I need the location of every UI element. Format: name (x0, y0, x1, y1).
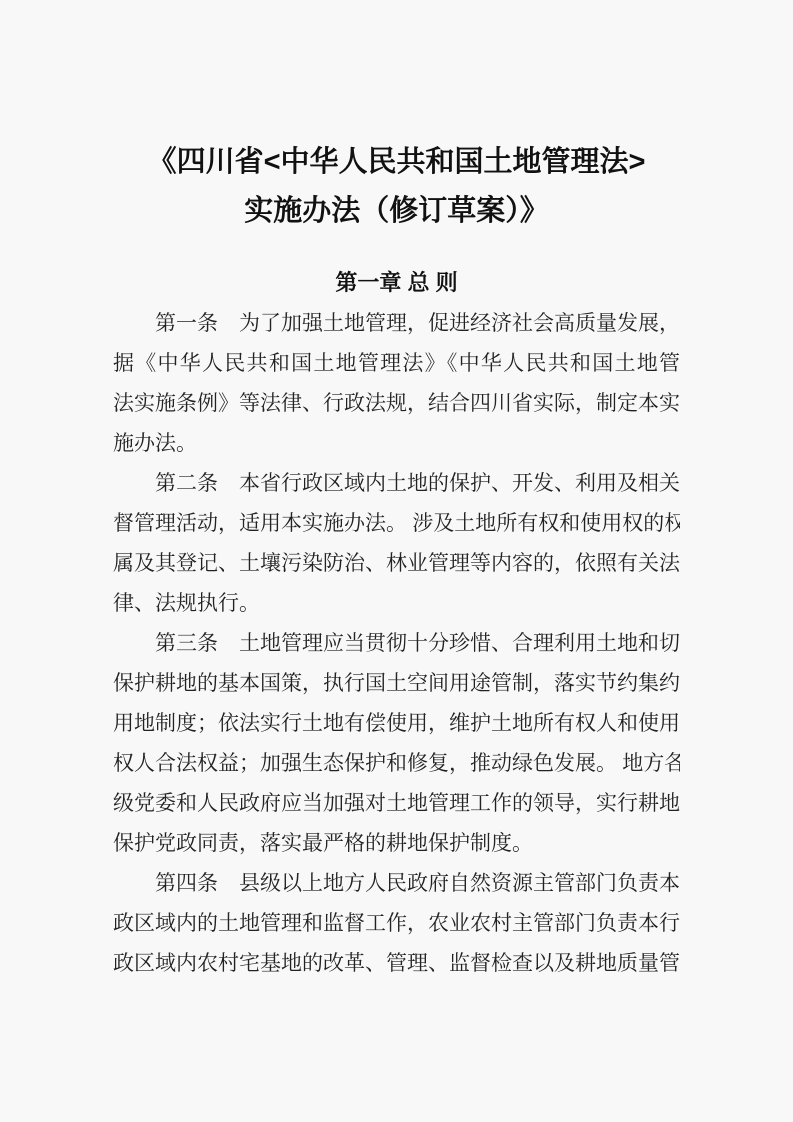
document-page: 《四川省<中华人民共和国土地管理法> 实施办法（修订草案）》 第一章 总 则 第… (0, 0, 793, 1122)
document-body: 第一条 为了加强土地管理，促进经济社会高质量发展，根据《中华人民共和国土地管理法… (113, 303, 680, 983)
body-line: 据《中华人民共和国土地管理法》《中华人民共和国土地管 (113, 343, 680, 383)
body-line: 第三条 土地管理应当贯彻十分珍惜、合理利用土地和切实 (113, 623, 680, 663)
body-line: 权人合法权益；加强生态保护和修复，推动绿色发展。 地方各 (113, 743, 680, 783)
body-line: 属及其登记、土壤污染防治、林业管理等内容的，依照有关法 (113, 543, 680, 583)
body-line: 第一条 为了加强土地管理，促进经济社会高质量发展，根 (113, 303, 680, 343)
document-title: 《四川省<中华人民共和国土地管理法> 实施办法（修订草案）》 (113, 0, 680, 236)
body-line: 律、法规执行。 (113, 583, 680, 623)
body-line: 政区域内农村宅基地的改革、管理、监督检查以及耕地质量管 (113, 943, 680, 983)
body-line: 施办法。 (113, 423, 680, 463)
body-line: 督管理活动，适用本实施办法。 涉及土地所有权和使用权的权 (113, 503, 680, 543)
body-line: 第二条 本省行政区域内土地的保护、开发、利用及相关监 (113, 463, 680, 503)
chapter-heading: 第一章 总 则 (113, 236, 680, 303)
document-title-line-1: 《四川省<中华人民共和国土地管理法> (113, 138, 680, 187)
body-line: 保护党政同责，落实最严格的耕地保护制度。 (113, 823, 680, 863)
body-line: 用地制度；依法实行土地有偿使用，维护土地所有权人和使用 (113, 703, 680, 743)
body-line: 法实施条例》等法律、行政法规，结合四川省实际，制定本实 (113, 383, 680, 423)
body-line: 保护耕地的基本国策，执行国土空间用途管制，落实节约集约 (113, 663, 680, 703)
body-line: 政区域内的土地管理和监督工作，农业农村主管部门负责本行 (113, 903, 680, 943)
body-line: 级党委和人民政府应当加强对土地管理工作的领导，实行耕地 (113, 783, 680, 823)
document-title-line-2: 实施办法（修订草案）》 (113, 187, 680, 236)
body-line: 第四条 县级以上地方人民政府自然资源主管部门负责本行 (113, 863, 680, 903)
